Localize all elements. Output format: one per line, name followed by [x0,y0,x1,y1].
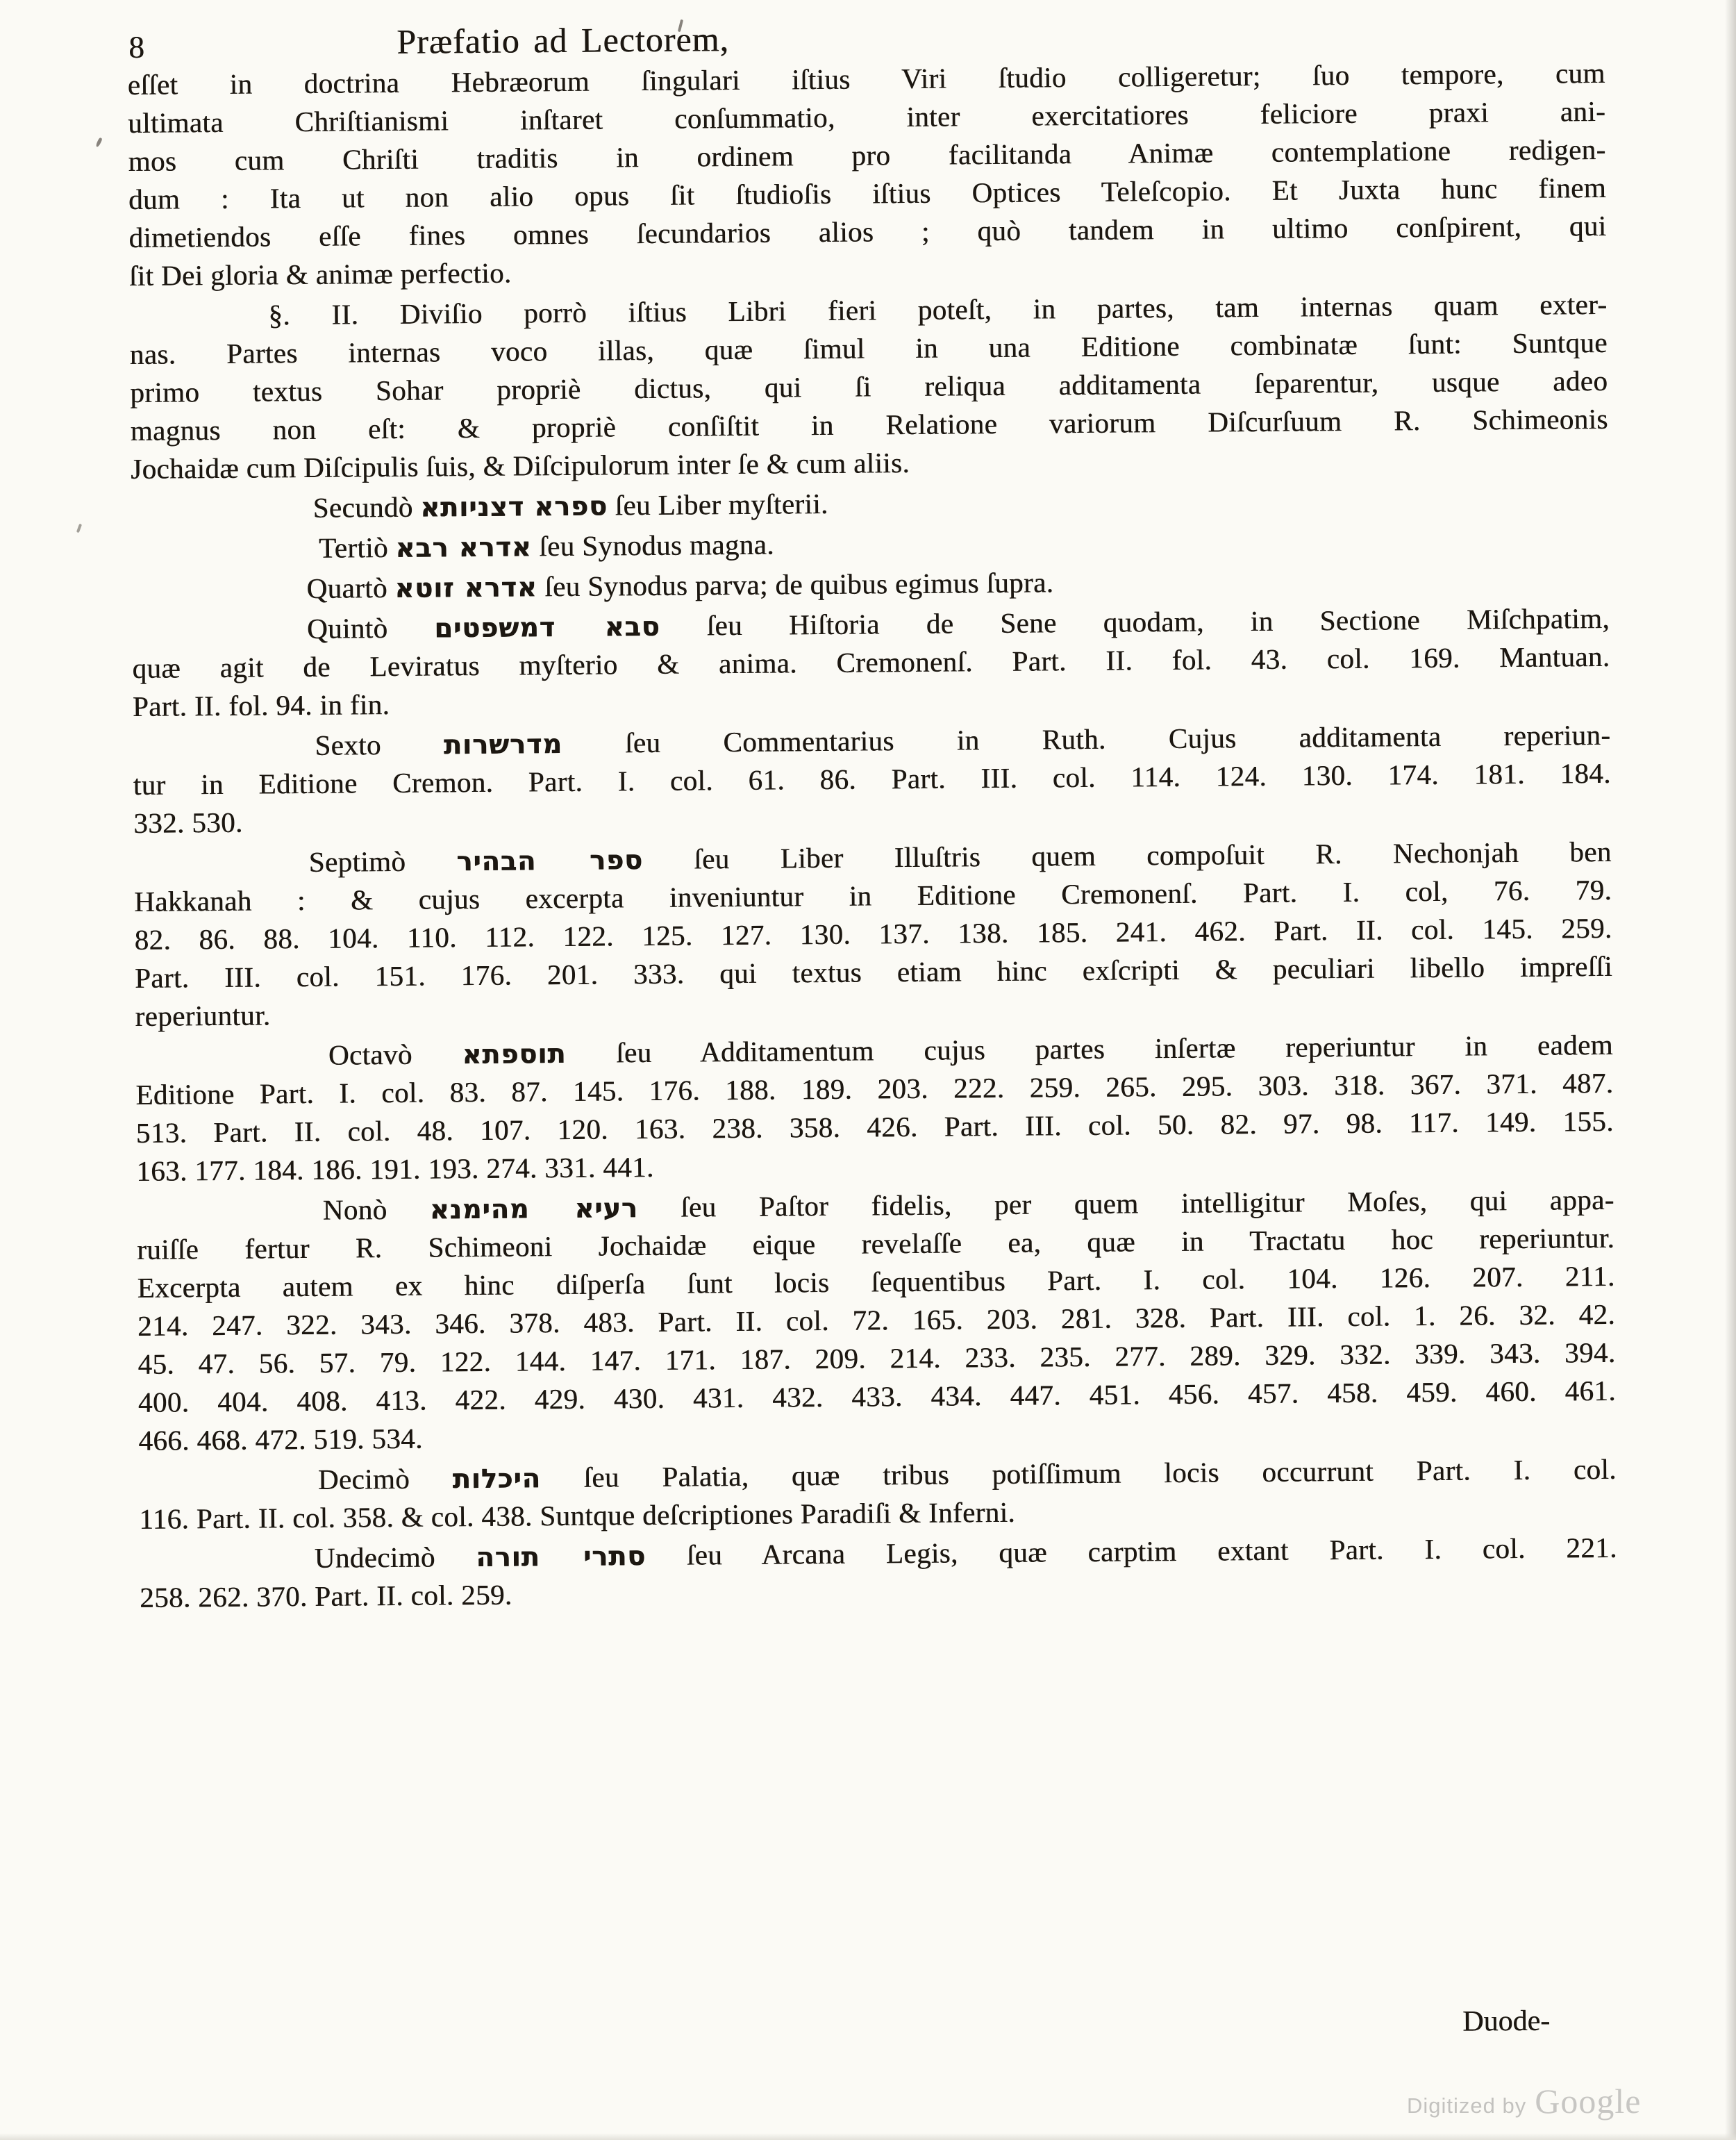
digitized-watermark: Digitized by Google [1407,2081,1641,2121]
ink-speck [95,138,103,148]
hebrew-title: תוספתא [462,1038,566,1070]
paragraph: Octavò תוספתא ſeu Additamentum cujus par… [135,1026,1614,1191]
paragraph: Undecimò סתרי תורה ſeu Arcana Legis, quæ… [140,1529,1618,1617]
page-text-block: 8 Præfatio ad Lectorem, eſſet in doctrin… [127,12,1617,1617]
watermark-prefix: Digitized by [1407,2093,1526,2118]
google-logo: Google [1535,2081,1641,2121]
paragraph: Septimò ספר הבהיר ſeu Liber Illuſtris qu… [133,833,1612,1036]
hebrew-title: היכלות [452,1463,541,1494]
page-number: 8 [128,29,144,65]
paragraph: Decimò היכלות ſeu Palatia, quæ tribus po… [139,1450,1617,1538]
hebrew-title: רעיא מהימנא [430,1193,638,1225]
hebrew-title: מדרשרות [444,729,562,760]
hebrew-title: ספר הבהיר [456,845,643,877]
page-title: Præfatio ad Lectorem, [397,19,729,62]
paragraph: Nonò רעיא מהימנא ſeu Paſtor fidelis, per… [137,1181,1617,1460]
hebrew-title: ספרא דצניותא [420,490,608,522]
page-bottom-shadow [0,2133,1736,2140]
paragraph: Quintò סבא דמשפטים ſeu Hiſtoria de Sene … [132,599,1610,726]
hebrew-title: סבא דמשפטים [434,611,660,644]
ink-speck [76,524,82,533]
paragraph: eſſet in doctrina Hebræorum ſingulari iſ… [127,54,1607,295]
catchword: Duode- [1462,2005,1550,2039]
hebrew-title: אדרא רבא [395,531,531,563]
paragraph: §. II. Diviſio porrò iſtius Libri fieri … [129,285,1608,488]
paragraph: Sexto מדרשרות ſeu Commentarius in Ruth. … [133,716,1611,843]
scanned-book-page: 8 Præfatio ad Lectorem, eſſet in doctrin… [0,0,1736,2140]
hebrew-title: אדרא זוטא [394,572,537,604]
body-text: eſſet in doctrina Hebræorum ſingulari iſ… [127,54,1617,1617]
hebrew-title: סתרי תורה [476,1541,646,1573]
page-edge-shadow [1725,0,1736,2140]
